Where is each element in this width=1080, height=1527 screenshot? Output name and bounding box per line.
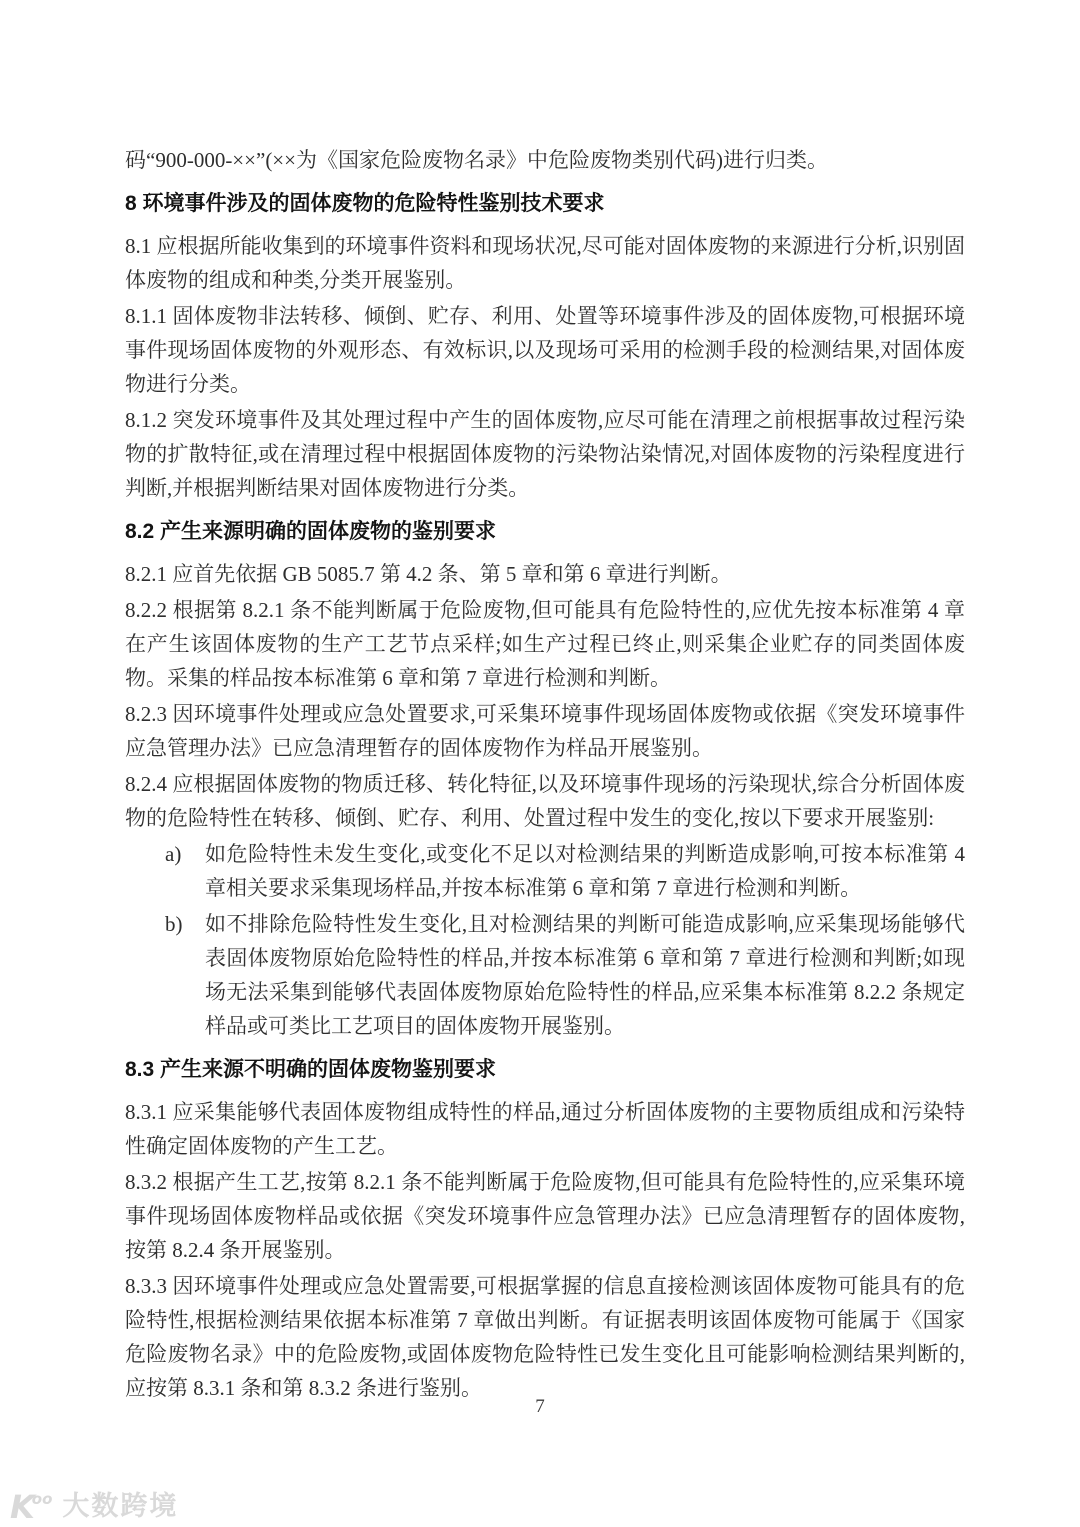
section-heading-8-3: 8.3 产生来源不明确的固体废物鉴别要求 [125,1053,965,1087]
list-item-b: b) 如不排除危险特性发生变化,且对检测结果的判断可能造成影响,应采集现场能够代… [125,907,965,1043]
clause-8-3-3: 8.3.3 因环境事件处理或应急处置需要,可根据掌握的信息直接检测该固体废物可能… [125,1269,965,1405]
list-text-a: 如危险特性未发生变化,或变化不足以对检测结果的判断造成影响,可按本标准第 4 章… [205,842,965,900]
paragraph-code-classification: 码“900-000-××”(××为《国家危险废物名录》中危险废物类别代码)进行归… [125,143,965,177]
document-body: 码“900-000-××”(××为《国家危险废物名录》中危险废物类别代码)进行归… [125,143,965,1407]
clause-8-2-2: 8.2.2 根据第 8.2.1 条不能判断属于危险废物,但可能具有危险特性的,应… [125,593,965,695]
document-page: 码“900-000-××”(××为《国家危险废物名录》中危险废物类别代码)进行归… [0,0,1080,1527]
brand-logo-icon: Koo [10,1483,52,1523]
clause-8-1: 8.1 应根据所能收集到的环境事件资料和现场状况,尽可能对固体废物的来源进行分析… [125,229,965,297]
section-heading-8-2: 8.2 产生来源明确的固体废物的鉴别要求 [125,515,965,549]
list-marker-a: a) [165,837,181,871]
clause-8-2-3: 8.2.3 因环境事件处理或应急处置要求,可采集环境事件现场固体废物或依据《突发… [125,697,965,765]
clause-8-1-1: 8.1.1 固体废物非法转移、倾倒、贮存、利用、处置等环境事件涉及的固体废物,可… [125,299,965,401]
page-number: 7 [0,1396,1080,1418]
clause-8-2-4: 8.2.4 应根据固体废物的物质迁移、转化特征,以及环境事件现场的污染现状,综合… [125,767,965,835]
list-marker-b: b) [165,907,183,941]
section-heading-8: 8 环境事件涉及的固体废物的危险特性鉴别技术要求 [125,187,965,221]
list-item-a: a) 如危险特性未发生变化,或变化不足以对检测结果的判断造成影响,可按本标准第 … [125,837,965,905]
clause-8-3-2: 8.3.2 根据产生工艺,按第 8.2.1 条不能判断属于危险废物,但可能具有危… [125,1165,965,1267]
clause-8-1-2: 8.1.2 突发环境事件及其处理过程中产生的固体废物,应尽可能在清理之前根据事故… [125,403,965,505]
clause-8-3-1: 8.3.1 应采集能够代表固体废物组成特性的样品,通过分析固体废物的主要物质组成… [125,1095,965,1163]
watermark: Koo 大数跨境 [10,1483,178,1523]
brand-name: 大数跨境 [62,1484,178,1523]
clause-8-2-1: 8.2.1 应首先依据 GB 5085.7 第 4.2 条、第 5 章和第 6 … [125,557,965,591]
list-text-b: 如不排除危险特性发生变化,且对检测结果的判断可能造成影响,应采集现场能够代表固体… [205,912,965,1038]
